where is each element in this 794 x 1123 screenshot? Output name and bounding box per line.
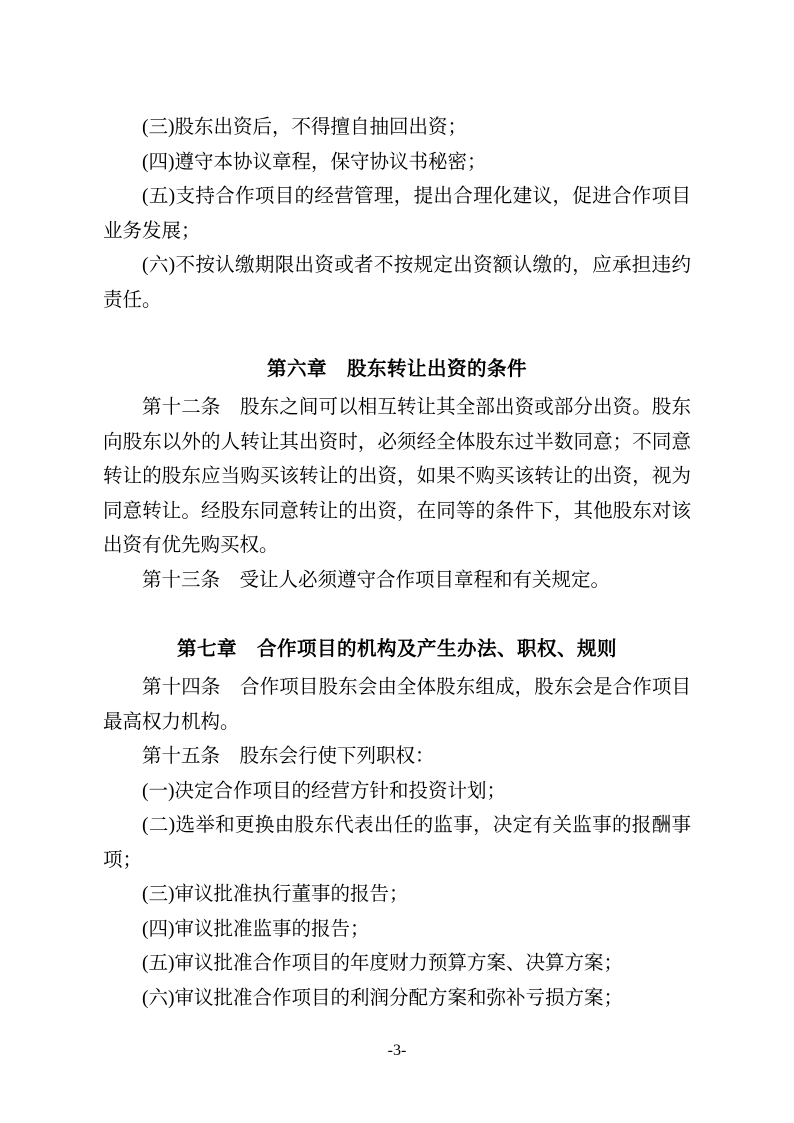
power-item-2: (二)选举和更换由股东代表出任的监事，决定有关监事的报酬事项； [103,809,691,878]
article-15: 第十五条 股东会行使下列职权： [103,740,691,775]
article-13: 第十三条 受让人必须遵守合作项目章程和有关规定。 [103,564,691,599]
power-item-1: (一)决定合作项目的经营方针和投资计划； [103,775,691,810]
chapter-7-heading: 第七章 合作项目的机构及产生办法、职权、规则 [103,633,691,668]
document-page: (三)股东出资后，不得擅自抽回出资； (四)遵守本协议章程，保守协议书秘密； (… [0,0,794,1123]
power-item-3: (三)审议批准执行董事的报告； [103,878,691,913]
page-number: -3- [0,1041,794,1060]
article-12: 第十二条 股东之间可以相互转让其全部出资或部分出资。股东向股东以外的人转让其出资… [103,391,691,564]
article-14: 第十四条 合作项目股东会由全体股东组成，股东会是合作项目最高权力机构。 [103,671,691,740]
power-item-6: (六)审议批准合作项目的利润分配方案和弥补亏损方案； [103,982,691,1017]
power-item-4: (四)审议批准监事的报告； [103,913,691,948]
clause-item-3: (三)股东出资后，不得擅自抽回出资； [103,111,691,146]
clause-item-5: (五)支持合作项目的经营管理，提出合理化建议，促进合作项目业务发展； [103,180,691,249]
power-item-5: (五)审议批准合作项目的年度财力预算方案、决算方案； [103,947,691,982]
document-content: (三)股东出资后，不得擅自抽回出资； (四)遵守本协议章程，保守协议书秘密； (… [103,111,691,1016]
clause-item-4: (四)遵守本协议章程，保守协议书秘密； [103,146,691,181]
chapter-6-heading: 第六章 股东转让出资的条件 [103,353,691,388]
clause-item-6: (六)不按认缴期限出资或者不按规定出资额认缴的，应承担违约责任。 [103,249,691,318]
